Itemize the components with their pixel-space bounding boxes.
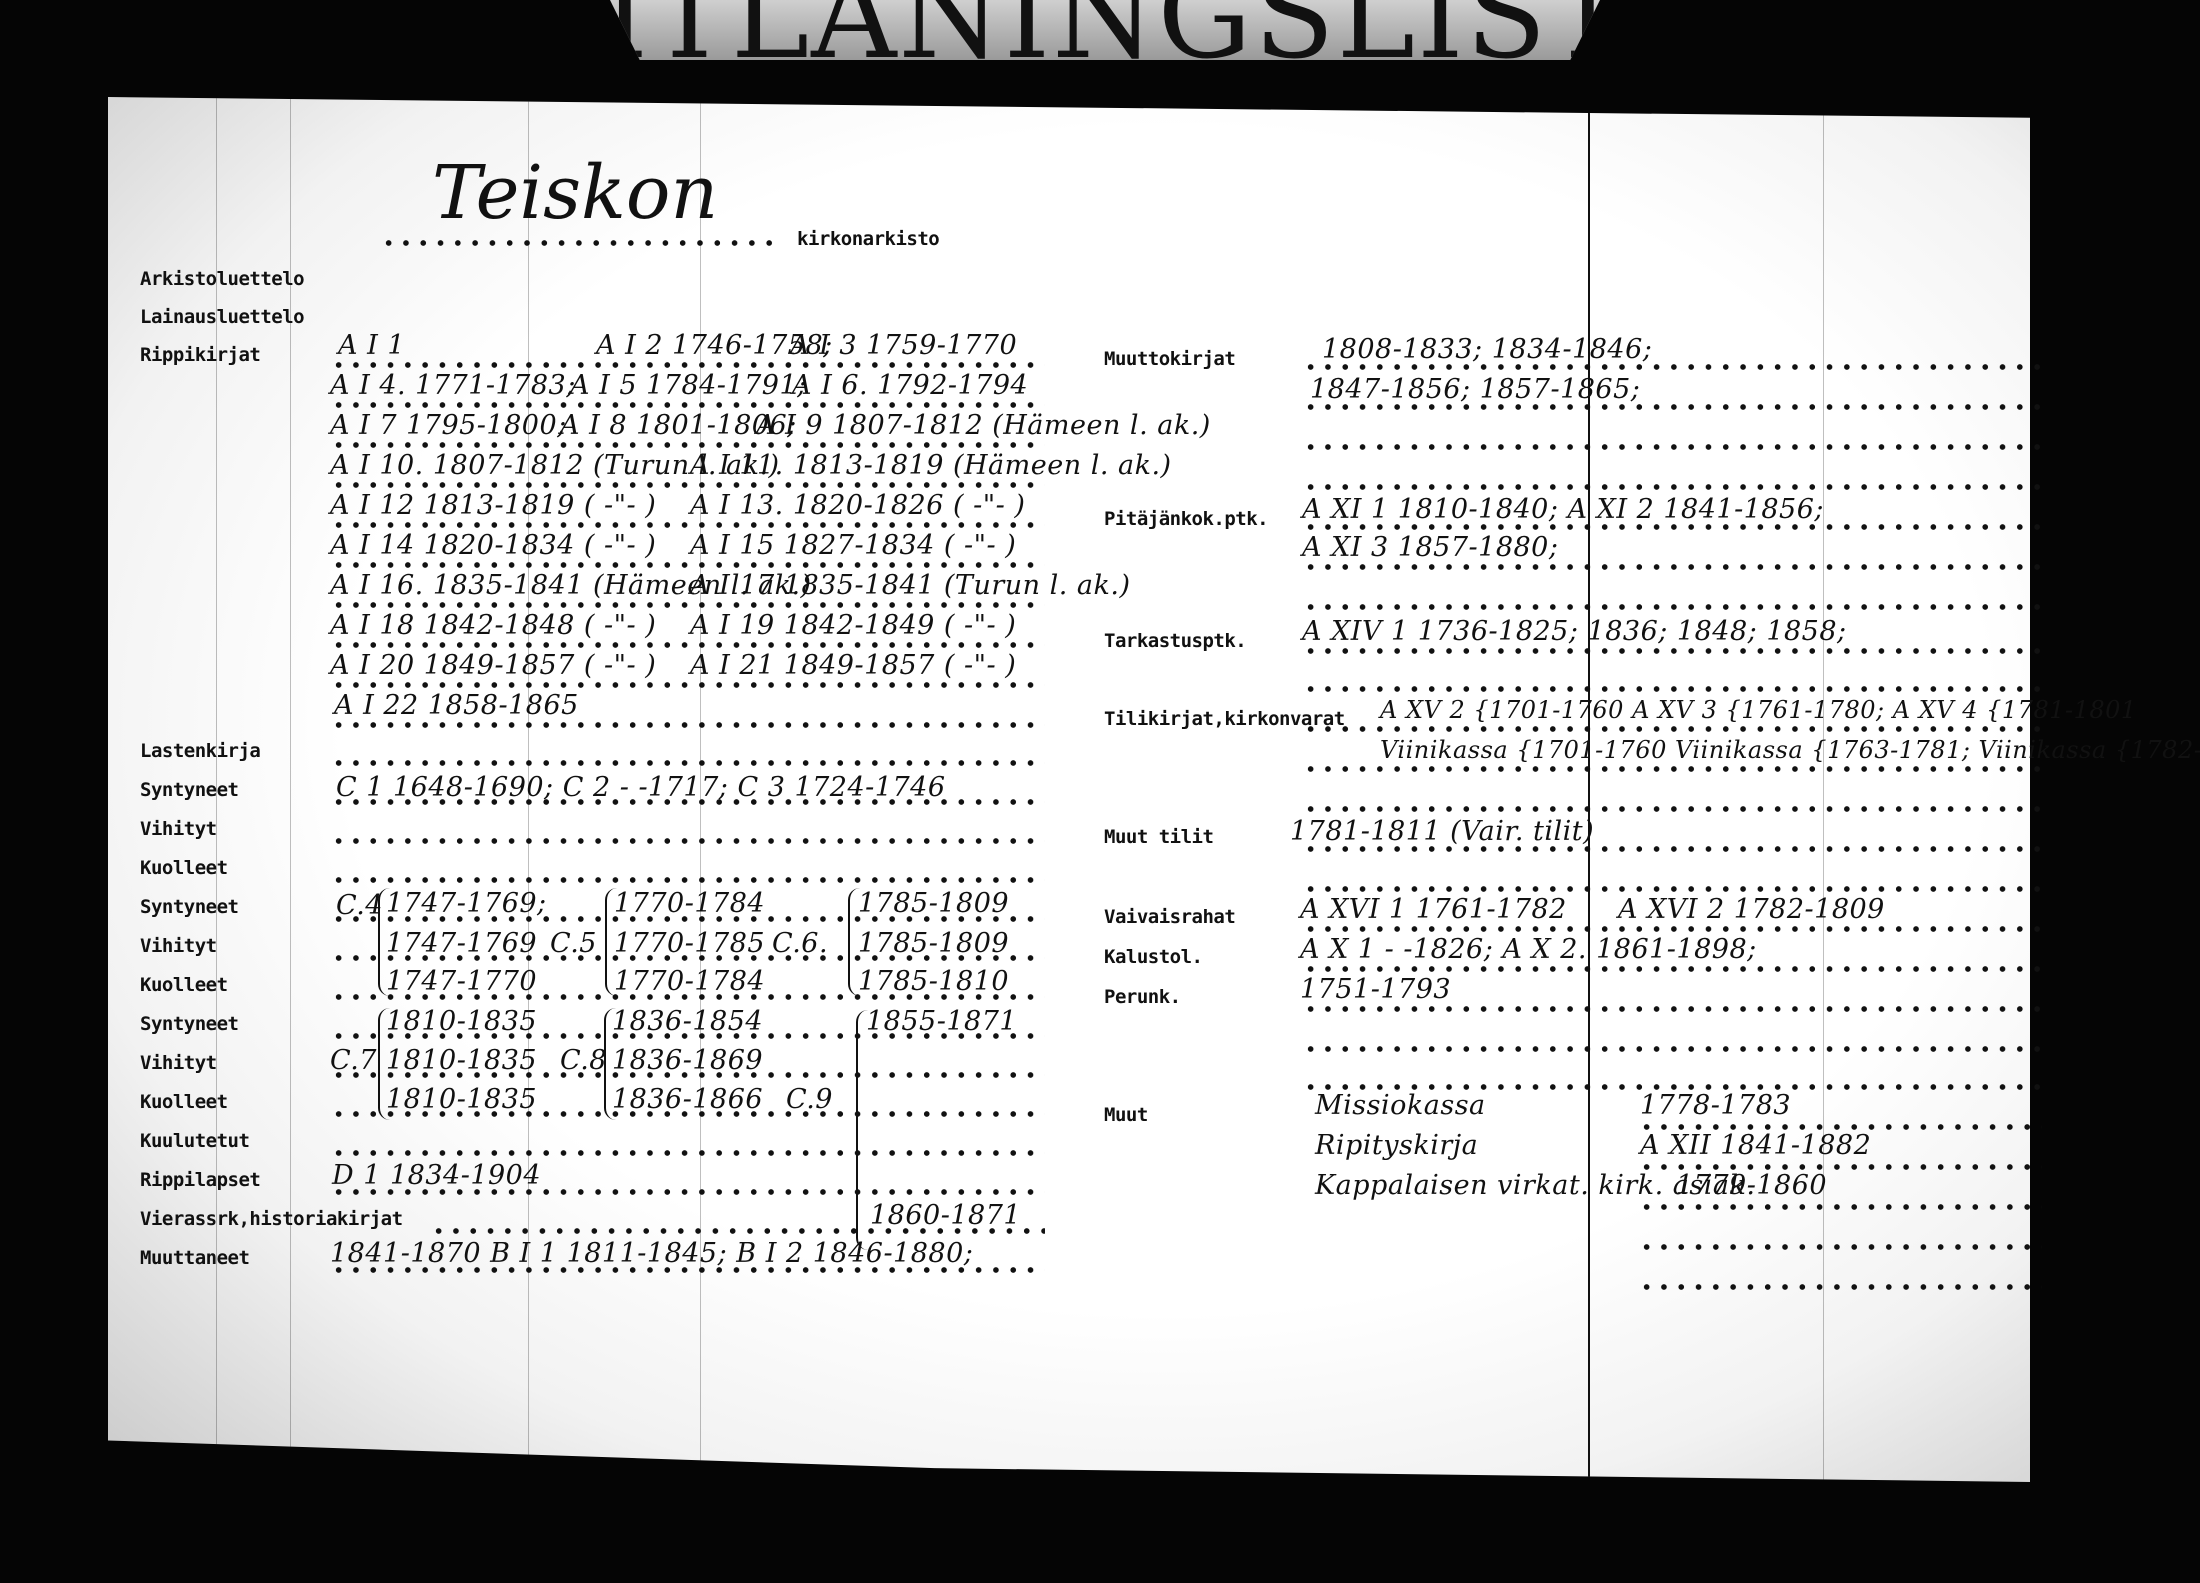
dotted-line (1638, 1244, 2042, 1250)
rippikirja-entry: A I 7 1795-1800; (330, 410, 567, 441)
dotted-line (330, 362, 1045, 368)
rippikirja-entry: A I 20 1849-1857 ( -"- ) (330, 650, 656, 681)
dotted-line (1302, 806, 2042, 812)
label-rippilapset: Rippilapset (140, 1169, 260, 1191)
dotted-line (1302, 604, 2042, 610)
c7-vihityt: 1810-1835 (386, 1045, 537, 1076)
label-muuttokirjat: Muuttokirjat (1104, 348, 1235, 370)
dotted-line (1302, 926, 2042, 932)
label-vihityt: Vihityt (140, 935, 217, 957)
c8-syntyneet: 1836-1854 (612, 1006, 763, 1037)
label-muuttaneet: Muuttaneet (140, 1247, 249, 1269)
muut-item-value: 1778-1783 (1640, 1090, 1791, 1121)
rippilapset-value: D 1 1834-1904 (332, 1160, 541, 1191)
dotted-line (1302, 966, 2042, 972)
dotted-line (380, 240, 780, 246)
c8-kuolleet: 1836-1866 (612, 1084, 763, 1115)
c6-vihityt: 1785-1809 (858, 928, 1009, 959)
label-pitajankokous: Pitäjänkok.ptk. (1104, 508, 1268, 530)
c7-kuolleet: 1810-1835 (386, 1084, 537, 1115)
c6-label: C.6. (772, 928, 828, 959)
banner-title: UITLANINGSLISTA (610, 0, 1600, 60)
c8-vihityt: 1836-1869 (612, 1045, 763, 1076)
rippikirja-entry: A I 11. 1813-1819 (Hämeen l. ak.) (690, 450, 1172, 481)
rippikirja-entry: A I 17 1835-1841 (Turun l. ak.) (690, 570, 1130, 601)
c4-vihityt: 1747-1769 (386, 928, 537, 959)
c5-syntyneet: 1770-1784 (614, 888, 765, 919)
dotted-line (1302, 726, 2042, 732)
c4-kuolleet: 1747-1770 (386, 966, 537, 997)
label-kuolleet: Kuolleet (140, 974, 228, 996)
label-syntyneet: Syntyneet (140, 1013, 238, 1035)
c8-label: C.8 (560, 1045, 607, 1076)
c6-syntyneet: 1785-1809 (858, 888, 1009, 919)
label-kuolleet: Kuolleet (140, 1091, 228, 1113)
rippikirja-entry: A I 19 1842-1849 ( -"- ) (690, 610, 1016, 641)
rippikirja-entry: A I 3 1759-1770 (790, 330, 1017, 361)
rippikirja-entry: A I 12 1813-1819 ( -"- ) (330, 490, 656, 521)
dotted-line (330, 642, 1045, 648)
dotted-line (1302, 886, 2042, 892)
label-vaivaisrahat: Vaivaisrahat (1104, 906, 1235, 928)
pitajankokous-value: A XI 1 1810-1840; A XI 2 1841-1856; (1302, 494, 1824, 525)
rippikirja-entry: A I 15 1827-1834 ( -"- ) (690, 530, 1016, 561)
tilikirjat-viinikassa: Viinikassa {1701-1760 Viinikassa {1763-1… (1380, 736, 2200, 764)
rippikirja-entry: A I 18 1842-1848 ( -"- ) (330, 610, 656, 641)
dotted-line (330, 877, 1045, 883)
dotted-line (330, 442, 1045, 448)
dotted-line (330, 482, 1045, 488)
label-vihityt: Vihityt (140, 818, 217, 840)
label-kuulutetut: Kuulutetut (140, 1130, 249, 1152)
column-divider (1588, 97, 1590, 1482)
perunk-value: 1751-1793 (1300, 974, 1451, 1005)
label-rippikirjat: Rippikirjat (140, 344, 260, 366)
dotted-line (1638, 1204, 2042, 1210)
c6-kuolleet: 1785-1810 (858, 966, 1009, 997)
rippikirja-entry: A I 5 1784-1791; (570, 370, 807, 401)
c5-vihityt: 1770-1785 (614, 928, 765, 959)
muut-tilit-value: 1781-1811 (Vair. tilit) (1290, 816, 1594, 847)
dotted-line (330, 1150, 1045, 1156)
rippikirja-entry: A I 6. 1792-1794 (792, 370, 1028, 401)
muuttokirjat-value: 1847-1856; 1857-1865; (1310, 374, 1640, 405)
label-perunk: Perunk. (1104, 986, 1181, 1008)
label-arkistoluettelo: Arkistoluettelo (140, 268, 304, 290)
label-vihityt: Vihityt (140, 1052, 217, 1074)
c9-label: C.9 (786, 1084, 833, 1115)
dotted-line (1302, 1046, 2042, 1052)
label-muut: Muut (1104, 1104, 1148, 1126)
dotted-line (1302, 1006, 2042, 1012)
dotted-line (330, 838, 1045, 844)
label-syntyneet: Syntyneet (140, 896, 238, 918)
c9-vierasseurakunta: 1860-1871 (870, 1200, 1021, 1231)
dotted-line (330, 522, 1045, 528)
dotted-line (330, 722, 1045, 728)
syntyneet-early-value: C 1 1648-1690; C 2 - -1717; C 3 1724-174… (336, 772, 946, 803)
rippikirja-entry: A I 21 1849-1857 ( -"- ) (690, 650, 1016, 681)
muut-item-value: A XII 1841-1882 (1640, 1130, 1871, 1161)
muut-item-name: Missiokassa (1315, 1090, 1486, 1121)
c9-syntyneet: 1855-1871 (866, 1006, 1017, 1037)
dotted-line (1302, 444, 2042, 450)
muut-item-name: Ripityskirja (1315, 1130, 1478, 1161)
label-tarkastus: Tarkastusptk. (1104, 630, 1246, 652)
c7-syntyneet: 1810-1835 (386, 1006, 537, 1037)
parish-name-handwritten: Teiskon (432, 150, 718, 236)
c4-label: C.4 (336, 890, 383, 921)
muut-item-value: 1779-1860 (1676, 1170, 1827, 1201)
label-lainausluettelo: Lainausluettelo (140, 306, 304, 328)
vaivaisrahat-value: A XVI 2 1782-1809 (1618, 894, 1885, 925)
label-muut-tilit: Muut tilit (1104, 826, 1213, 848)
rippikirja-entry: A I 14 1820-1834 ( -"- ) (330, 530, 656, 561)
c4-syntyneet: 1747-1769; (386, 888, 547, 919)
bracket (856, 1010, 868, 1250)
label-kalustol: Kalustol. (1104, 946, 1202, 968)
tilikirjat-value: A XV 2 {1701-1760 A XV 3 {1761-1780; A X… (1380, 696, 2137, 724)
label-lastenkirja: Lastenkirja (140, 740, 260, 762)
tarkastus-value: A XIV 1 1736-1825; 1836; 1848; 1858; (1302, 616, 1847, 647)
rippikirja-entry: A I 4. 1771-1783; (330, 370, 576, 401)
rippikirja-entry: A I 9 1807-1812 (Hämeen l. ak.) (756, 410, 1211, 441)
dotted-line (1302, 564, 2042, 570)
dotted-line (1302, 648, 2042, 654)
kalustol-value: A X 1 - -1826; A X 2. 1861-1898; (1300, 934, 1757, 965)
muuttokirjat-value: 1808-1833; 1834-1846; (1322, 334, 1652, 365)
label-kuolleet: Kuolleet (140, 857, 228, 879)
dotted-line (330, 562, 1045, 568)
pitajankokous-value: A XI 3 1857-1880; (1302, 532, 1558, 563)
c7-label: C.7 (330, 1045, 377, 1076)
dotted-line (330, 402, 1045, 408)
label-vierasseurakunta: Vierassrk,historiakirjat (140, 1208, 403, 1230)
rippikirja-entry: A I 13. 1820-1826 ( -"- ) (690, 490, 1025, 521)
archive-suffix: kirkonarkisto (797, 228, 939, 250)
label-syntyneet: Syntyneet (140, 779, 238, 801)
vaivaisrahat-value: A XVI 1 1761-1782 (1300, 894, 1567, 925)
dotted-line (1638, 1284, 2042, 1290)
dotted-line (1302, 766, 2042, 772)
dotted-line (330, 760, 1045, 766)
banner-header: UITLANINGSLISTA (610, 0, 1600, 60)
scratch-line (1823, 97, 1824, 1482)
dotted-line (330, 682, 1045, 688)
dotted-line (1302, 484, 2042, 490)
dotted-line (330, 602, 1045, 608)
rippikirja-entry: A I 1 (338, 330, 405, 361)
muuttaneet-value: 1841-1870 B I 1 1811-1845; B I 2 1846-18… (330, 1238, 973, 1269)
scratch-line (290, 97, 291, 1482)
rippikirja-entry: A I 22 1858-1865 (334, 690, 579, 721)
dotted-line (1302, 686, 2042, 692)
c5-kuolleet: 1770-1784 (614, 966, 765, 997)
c5-label: C.5 (550, 928, 597, 959)
